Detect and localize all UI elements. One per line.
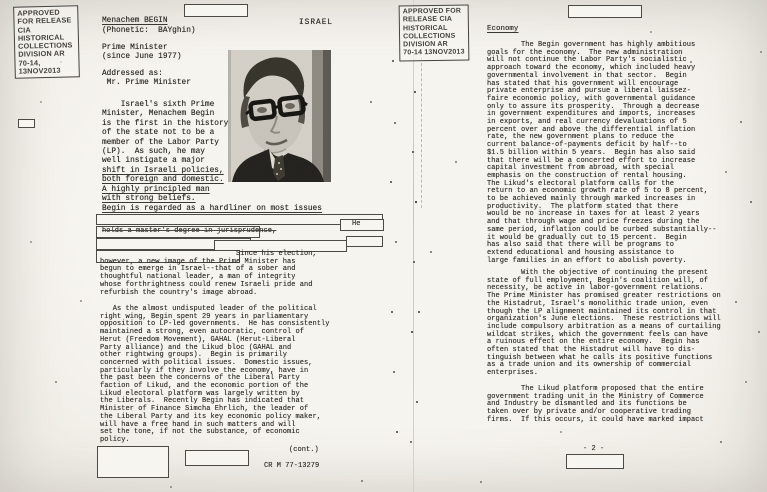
blank-box-bottom-2 (185, 450, 249, 466)
blank-box-top-left-page (184, 4, 248, 17)
page-number: - 2 - (583, 446, 604, 454)
economy-paragraph-2: With the objective of continuing the pre… (487, 270, 721, 378)
leader-paragraph: As the almost undisputed leader of the p… (100, 306, 330, 445)
blank-box-bottom-1 (97, 446, 169, 478)
economy-heading: Economy (487, 26, 518, 34)
continued-label: (cont.) (289, 447, 319, 455)
scan-dash-artifact (421, 58, 422, 208)
subject-name: Menachem BEGIN (102, 17, 168, 26)
subject-title-block: Prime Minister (since June 1977) (102, 44, 182, 63)
economy-paragraph-3: The Likud platform proposed that the ent… (487, 386, 704, 425)
blank-box-bottom-right (566, 454, 624, 469)
subject-phonetic: (Phonetic: BAYghin) (102, 27, 196, 36)
page-fold-line (413, 0, 414, 492)
intro-paragraph: Israel's sixth Prime Minister, Menachem … (102, 101, 228, 167)
blank-box-top-right-page (568, 5, 642, 18)
country-label: ISRAEL (299, 19, 333, 28)
scan-noise-specks (0, 0, 2, 2)
hardliner-line: Begin is regarded as a hardliner on most… (102, 205, 322, 214)
release-stamp-page2: APPROVED FOR RELEASE CIA HISTORICAL COLL… (399, 5, 470, 62)
release-stamp-page1: APPROVED FOR RELEASE CIA HISTORICAL COLL… (13, 5, 80, 79)
economy-paragraph-1: The Begin government has highly ambitiou… (487, 42, 717, 265)
begin-portrait-photo (228, 50, 331, 182)
redaction-box (340, 219, 384, 231)
document-number: CR M 77-13279 (264, 463, 319, 471)
addressed-as-block: Addressed as: Mr. Prime Minister (102, 70, 191, 89)
redacted-fragment-he: He (352, 221, 361, 229)
redaction-box (96, 226, 260, 238)
election-paragraph: Since his election, however, a new image… (100, 251, 317, 297)
intro-underlined-lines: shift in Israeli policies, both foreign … (102, 167, 224, 205)
document-scan: APPROVED FOR RELEASE CIA HISTORICAL COLL… (0, 0, 767, 492)
scan-artifact-box (18, 119, 35, 128)
redaction-box (346, 236, 383, 247)
